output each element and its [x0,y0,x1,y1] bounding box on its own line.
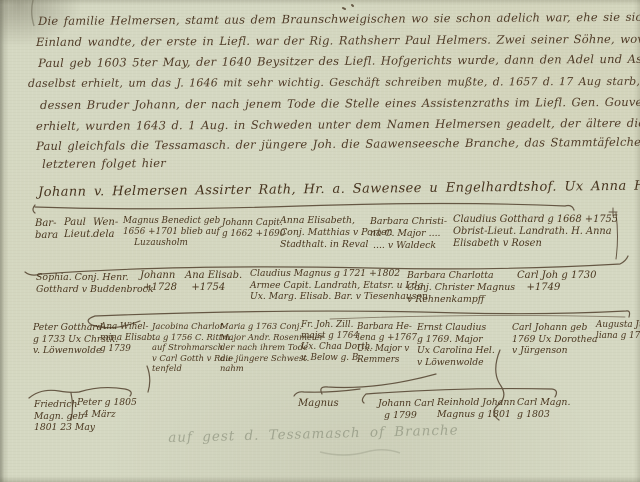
prose-line-5: dessen Bruder Johann, der nach jenem Tod… [40,95,640,112]
gen3-cell-7: Ernst Claudius g 1769. Major Ux Carolina… [417,322,495,368]
magnus-overline [294,389,360,396]
gen2-cell-4: Claudius Magnus g 1721 +1802 Armee Capit… [250,268,428,303]
gen4-cell-6: Carl Magn. g 1803 [517,397,570,421]
gen3-cell-2: Ana Wihel- mina Elisab. g 1739 [100,322,155,355]
prose-line-1: Die familie Helmersen, stamt aus dem Bra… [38,9,640,28]
gen1-cell-3: Wen- dela [93,217,118,241]
gen3-cell-9: Augusta Ju- liana g 1771. [596,320,640,342]
prose-line-4: daselbst erhielt, um das J. 1646 mit seh… [28,75,640,91]
gen4-cell-3: Magnus [298,398,339,410]
gen1-cell-4: Magnus Benedict geb 1656 +1701 blieb auf… [123,216,220,249]
gen1-cell-5: Johann Capit. g 1662 +1690 [222,218,285,240]
gen4-cell-2: Peter g 1805 4 März [77,397,137,420]
peter-gotthard-connector [147,366,150,392]
prose-line-6: erhielt, wurden 1643 d. 1 Aug. in Schwed… [36,116,640,133]
gen2-cell-3: Ana Elisab. +1754 [185,270,242,294]
gen2-cell-2: Johann +1728 [140,270,177,294]
prose-line-7: Paul gleichfals die Tessamasch. der jüng… [36,135,640,153]
header-underline [33,204,574,214]
gen4-cell-5: Reinhold Johann Magnus g 1801 [437,397,515,421]
prose-line-3: Paul geb 1603 5ter May, der 1640 Beysitz… [38,51,640,70]
top-ink-dots [343,5,353,9]
gen2-cell-6: Carl Joh g 1730 +1749 [517,270,596,294]
prose-line-2: Einland wandte, der erste in Liefl. war … [36,32,640,49]
generation2-divider-second-stroke [330,315,625,319]
gen1-cell-1: Bar- bara [35,218,58,242]
pencil-annotation: auf gest d. Tessamasch of Branche [168,422,459,446]
prose-line-8: letzteren folget hier [42,156,166,171]
pencil-squiggle [320,450,400,455]
gen3-cell-8: Carl Johann geb 1769 Ux Dorothea v Jürge… [512,322,598,357]
gen1-cell-2: Paul Lieut. [64,217,93,241]
gen1-cell-8: Claudius Gotthard g 1668 +1755 Obrist-Li… [453,214,618,250]
gen2-cell-1: Sophia. Conj. Henr. Gotthard v Buddenbro… [36,272,154,296]
gen3-cell-6: Barbara He- lena g +1767 Ux. Major v Rem… [357,322,417,366]
family-head-entry: Johann v. Helmersen Assirter Rath, Hr. a… [38,178,640,200]
gen1-cell-7: Barbara Christi- na C. Major .... .... v… [370,216,447,251]
top-left-crease [32,0,34,26]
gen4-cell-4: Johann Carl g 1799 [378,398,434,422]
manuscript-page: Die familie Helmersen, stamt aus dem Bra… [0,0,640,482]
gen2-cell-5: Barbara Charlotta Conj. Christer Magnus … [407,270,515,305]
maria-tail-flourish [321,374,436,394]
